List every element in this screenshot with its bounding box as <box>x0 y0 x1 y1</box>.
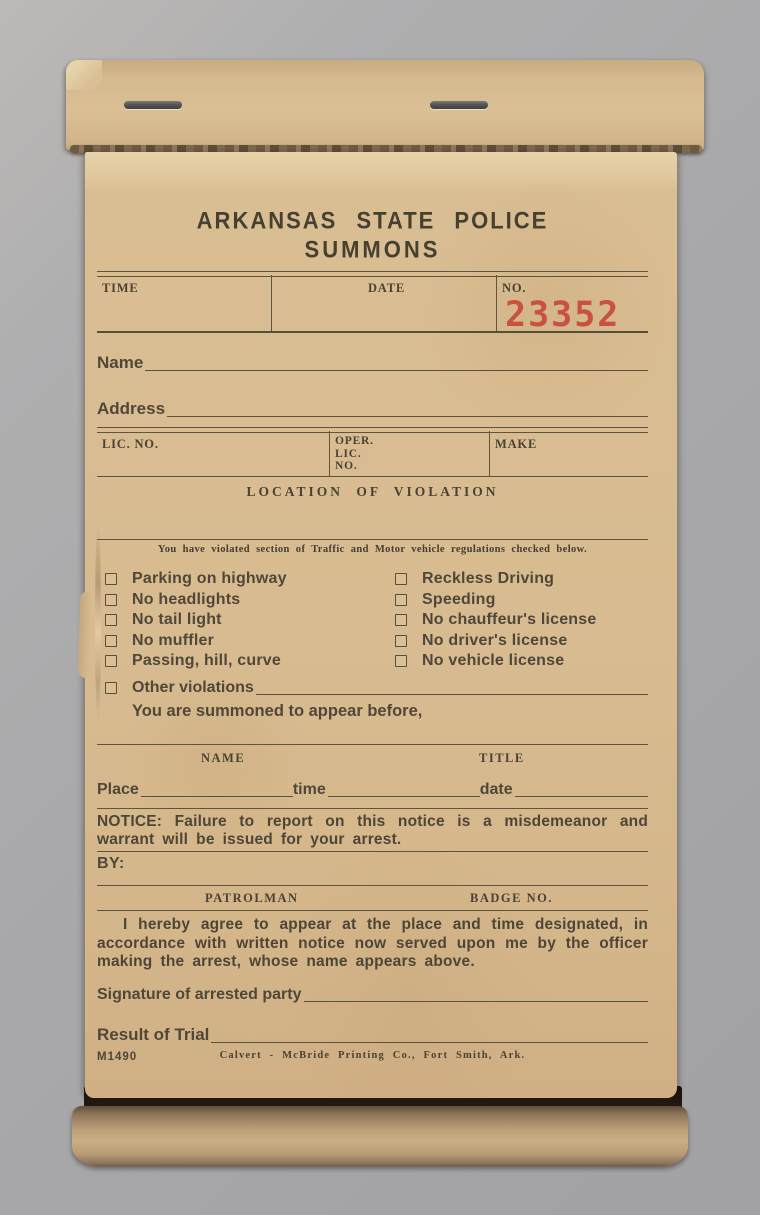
violation-label: Passing, hill, curve <box>132 652 281 670</box>
signature-label: Signature of arrested party <box>97 986 302 1004</box>
book-back-cover <box>72 1106 688 1166</box>
name-field-label: Name <box>97 353 143 373</box>
date-cell: DATE <box>272 275 497 331</box>
checkbox-unchecked-icon <box>395 655 407 667</box>
patrolman-label: PATROLMAN <box>205 891 299 906</box>
rule <box>97 885 648 886</box>
appear-name-label: NAME <box>201 751 245 766</box>
checkbox-unchecked-icon <box>105 594 117 606</box>
result-of-trial-label: Result of Trial <box>97 1025 209 1045</box>
by-label: BY: <box>97 855 648 873</box>
violation-item: No muffler <box>97 633 387 649</box>
checkbox-unchecked-icon <box>395 614 407 626</box>
oper-label-line2: LIC. <box>335 448 489 461</box>
time-field-label: time <box>293 781 326 799</box>
agreement-text: I hereby agree to appear at the place an… <box>97 916 648 972</box>
violation-item: No vehicle license <box>387 653 648 669</box>
violation-label: No vehicle license <box>422 652 564 670</box>
location-heading: LOCATION OF VIOLATION <box>97 484 648 500</box>
time-fill-line <box>328 782 480 797</box>
result-of-trial-row: Result of Trial <box>97 1025 648 1045</box>
serial-number: 23352 <box>505 295 620 335</box>
violation-item: No driver's license <box>387 633 648 649</box>
license-no-cell: LIC. NO. <box>97 431 330 476</box>
header-row: TIME DATE NO. 23352 <box>97 275 648 333</box>
vehicle-row: LIC. NO. OPER. LIC. NO. MAKE <box>97 431 648 477</box>
name-fill-line <box>145 356 648 371</box>
violation-item: Parking on highway <box>97 571 387 587</box>
place-label: Place <box>97 781 139 799</box>
place-time-date-row: Place time date <box>97 781 648 799</box>
other-violations-fill-line <box>256 680 648 695</box>
violations-intro: You have violated section of Traffic and… <box>97 544 648 555</box>
checkbox-unchecked-icon <box>395 635 407 647</box>
violation-label: No headlights <box>132 591 240 609</box>
violation-item: No tail light <box>97 612 387 628</box>
book-cover-flap <box>66 60 704 150</box>
date-fill-line <box>515 782 648 797</box>
checkbox-unchecked-icon <box>395 594 407 606</box>
result-fill-line <box>211 1028 648 1043</box>
violation-item: No headlights <box>97 592 387 608</box>
checkbox-unchecked-icon <box>105 682 117 694</box>
violations-checklist: Parking on highway Reckless Driving No h… <box>97 571 648 669</box>
checkbox-unchecked-icon <box>105 573 117 585</box>
rule <box>97 744 648 745</box>
other-violations-row: Other violations <box>97 679 648 697</box>
date-label: DATE <box>368 281 405 295</box>
violation-label: No driver's license <box>422 632 567 650</box>
address-field-row: Address <box>97 399 648 419</box>
checkbox-unchecked-icon <box>105 655 117 667</box>
time-label: TIME <box>102 281 139 295</box>
no-label: NO. <box>502 281 526 295</box>
license-no-label: LIC. NO. <box>102 437 159 451</box>
violation-label: Speeding <box>422 591 496 609</box>
summoned-text: You are summoned to appear before, <box>132 702 683 721</box>
rule <box>97 910 648 911</box>
torn-tab <box>78 592 93 678</box>
oper-label-line3: NO. <box>335 460 489 473</box>
address-field-label: Address <box>97 399 165 419</box>
violation-item: No chauffeur's license <box>387 612 648 628</box>
checkbox-unchecked-icon <box>105 635 117 647</box>
appear-title-label: TITLE <box>479 751 525 766</box>
make-cell: MAKE <box>490 431 648 476</box>
form-title: ARKANSAS STATE POLICE <box>97 207 648 235</box>
checkbox-unchecked-icon <box>105 614 117 626</box>
time-cell: TIME <box>97 275 272 331</box>
violation-label: Parking on highway <box>132 570 287 588</box>
checkbox-unchecked-icon <box>395 573 407 585</box>
bent-corner <box>66 60 102 90</box>
staple-right <box>430 101 488 109</box>
rule <box>97 851 648 852</box>
violation-item: Reckless Driving <box>387 571 648 587</box>
violation-label: No tail light <box>132 611 222 629</box>
printer-credit: Calvert - McBride Printing Co., Fort Smi… <box>97 1050 648 1061</box>
oper-label-line1: OPER. <box>335 435 489 448</box>
make-label: MAKE <box>495 437 537 451</box>
rule <box>97 808 648 809</box>
address-fill-line <box>167 402 648 417</box>
date-field-label: date <box>480 781 513 799</box>
photo-background: ARKANSAS STATE POLICE SUMMONS TIME DATE … <box>0 0 760 1215</box>
place-fill-line <box>141 782 293 797</box>
other-violations-label: Other violations <box>132 679 254 697</box>
signature-fill-line <box>304 987 649 1002</box>
summons-page: ARKANSAS STATE POLICE SUMMONS TIME DATE … <box>85 152 677 1098</box>
staple-left <box>124 101 182 109</box>
signature-row: Signature of arrested party <box>97 986 648 1004</box>
number-cell: NO. 23352 <box>497 275 648 331</box>
rule <box>97 539 648 540</box>
violation-item: Speeding <box>387 592 648 608</box>
notice-text: NOTICE: Failure to report on this notice… <box>97 813 648 848</box>
violation-label: Reckless Driving <box>422 570 554 588</box>
name-field-row: Name <box>97 353 648 373</box>
operator-license-cell: OPER. LIC. NO. <box>330 431 490 476</box>
badge-no-label: BADGE NO. <box>470 891 553 906</box>
form-subtitle: SUMMONS <box>97 236 648 264</box>
violation-item: Passing, hill, curve <box>97 653 387 669</box>
violation-label: No muffler <box>132 632 214 650</box>
violation-label: No chauffeur's license <box>422 611 596 629</box>
